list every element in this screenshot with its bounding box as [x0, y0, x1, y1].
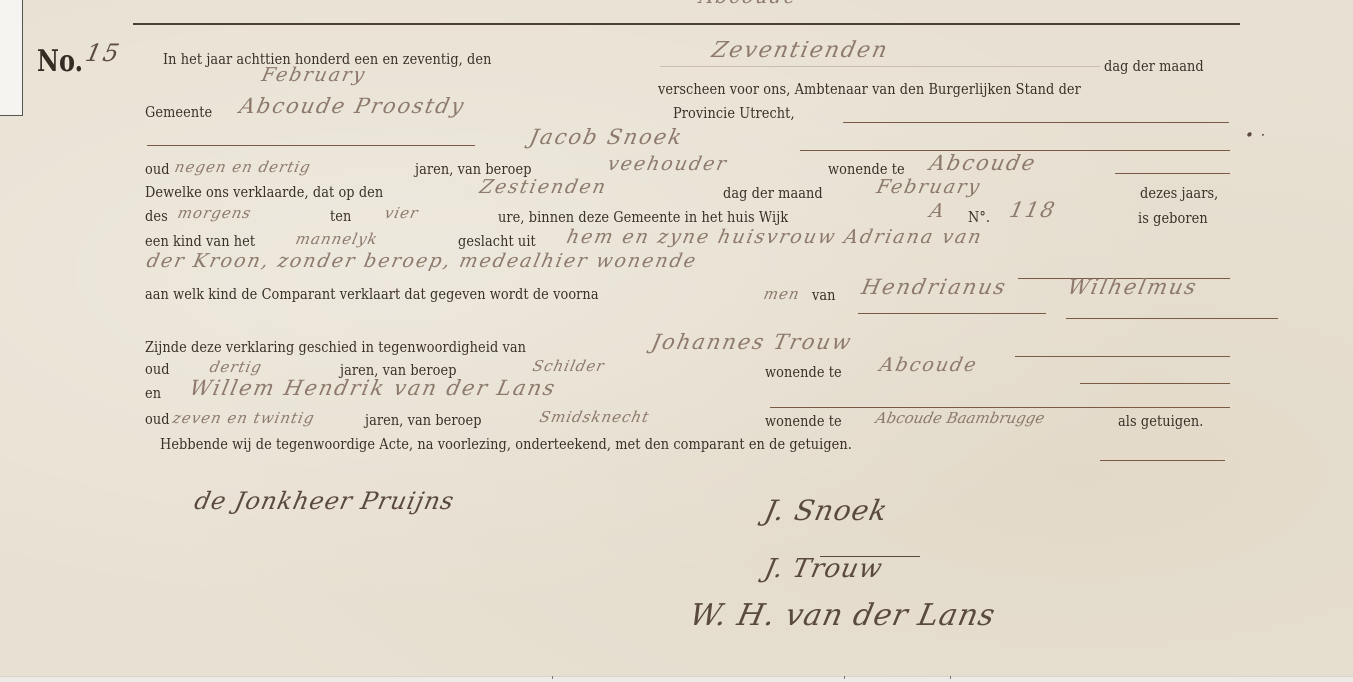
- fill-line: [1080, 383, 1230, 384]
- wonende-label-2: wonende te: [765, 363, 842, 381]
- fill-line: [660, 66, 1100, 67]
- parents-line-2: der Kroon, zonder beroep, medealhier won…: [145, 250, 700, 272]
- fill-line: [1100, 460, 1225, 461]
- name-suffix: men: [762, 283, 802, 305]
- fill-line: [147, 145, 475, 146]
- is-geboren-label: is geboren: [1138, 209, 1208, 227]
- page-corner-box: [0, 0, 23, 116]
- als-getuigen-label: als getuigen.: [1118, 412, 1203, 430]
- birth-month: February: [875, 176, 984, 198]
- top-rule: [133, 23, 1240, 25]
- declarant-occupation: veehouder: [606, 153, 730, 175]
- van-label: van: [812, 286, 836, 304]
- witness1-occupation: Schilder: [531, 355, 607, 377]
- parents-line-1: hem en zyne huisvrouw Adriana van: [565, 226, 985, 248]
- jaren-beroep-label-3: jaren, van beroep: [365, 411, 482, 429]
- birth-day: Zestienden: [478, 176, 610, 198]
- signature-official: de Jonkheer Pruijns: [193, 490, 457, 512]
- printed-line-6: Dewelke ons verklaarde, dat op den: [145, 183, 383, 201]
- des-label: des: [145, 207, 168, 225]
- witness2-name: Willem Hendrik van der Lans: [188, 377, 559, 399]
- printed-line-8: een kind van het: [145, 232, 255, 250]
- printed-line-10: aan welk kind de Comparant verklaart dat…: [145, 285, 599, 303]
- margin-mark: • ·: [1243, 124, 1269, 146]
- witness2-residence: Abcoude Baambrugge: [874, 407, 1047, 429]
- declarant-name: Jacob Snoek: [528, 126, 686, 148]
- fill-line: [843, 122, 1229, 123]
- house-number: 118: [1008, 199, 1059, 221]
- declarant-residence: Abcoude: [928, 152, 1039, 174]
- fill-line: [1115, 173, 1230, 174]
- signature-declarant: J. Snoek: [763, 500, 890, 522]
- printed-line-2: verscheen voor ons, Ambtenaar van den Bu…: [658, 80, 1081, 98]
- number-label: N°.: [968, 208, 990, 226]
- geslacht-label: geslacht uit: [458, 232, 536, 250]
- witness1-age: dertig: [208, 356, 265, 378]
- document-page: Abcoude No. 15 In het jaar achttien hond…: [0, 0, 1353, 676]
- oud-label: oud: [145, 160, 170, 178]
- dag-maand-label: dag der maand: [723, 184, 823, 202]
- wonende-label-3: wonende te: [765, 412, 842, 430]
- month-registered: February: [260, 64, 369, 86]
- name-underline: [1066, 318, 1278, 319]
- province-label: Provincie Utrecht,: [673, 104, 795, 122]
- fill-line: [1015, 356, 1230, 357]
- printed-line-7: ure, binnen deze Gemeente in het huis Wi…: [498, 208, 788, 226]
- hour: vier: [383, 202, 421, 224]
- declarant-age: negen en dertig: [173, 156, 314, 178]
- ruler-tick: [950, 676, 951, 679]
- oud-label-3: oud: [145, 410, 170, 428]
- child-first-name: Hendrianus: [860, 276, 1009, 298]
- signature-witness2: W. H. van der Lans: [688, 605, 998, 627]
- top-handwriting-fragment: Abcoude: [698, 0, 800, 8]
- ten-label: ten: [330, 207, 351, 225]
- ruler-tick: [552, 676, 553, 679]
- ruler-tick: [844, 676, 845, 679]
- child-sex: mannelyk: [294, 228, 380, 250]
- printed-line-15: Hebbende wij de tegenwoordige Acte, na v…: [160, 435, 852, 453]
- viewer-bottom-strip: [0, 676, 1353, 682]
- witness1-name: Johannes Trouw: [650, 331, 855, 353]
- gemeente-value: Abcoude Proostdy: [238, 95, 468, 117]
- name-underline: [858, 313, 1046, 314]
- record-number-label: No.: [37, 46, 83, 78]
- witness2-age: zeven en twintig: [171, 407, 317, 429]
- printed-line-11: Zijnde deze verklaring geschied in tegen…: [145, 338, 526, 356]
- witness2-occupation: Smidsknecht: [538, 406, 652, 428]
- signature-witness1: J. Trouw: [763, 558, 885, 580]
- gemeente-label: Gemeente: [145, 103, 212, 121]
- printed-line-1-end: dag der maand: [1104, 57, 1204, 75]
- wijk-value: A: [928, 200, 948, 222]
- record-number-value: 15: [84, 42, 123, 64]
- child-second-name: Wilhelmus: [1066, 276, 1200, 298]
- time-of-day: morgens: [176, 202, 254, 224]
- dezes-jaars-label: dezes jaars,: [1140, 184, 1218, 202]
- oud-label-2: oud: [145, 360, 170, 378]
- en-label: en: [145, 384, 161, 402]
- day-registered: Zeventienden: [710, 40, 891, 62]
- witness1-residence: Abcoude: [878, 354, 980, 376]
